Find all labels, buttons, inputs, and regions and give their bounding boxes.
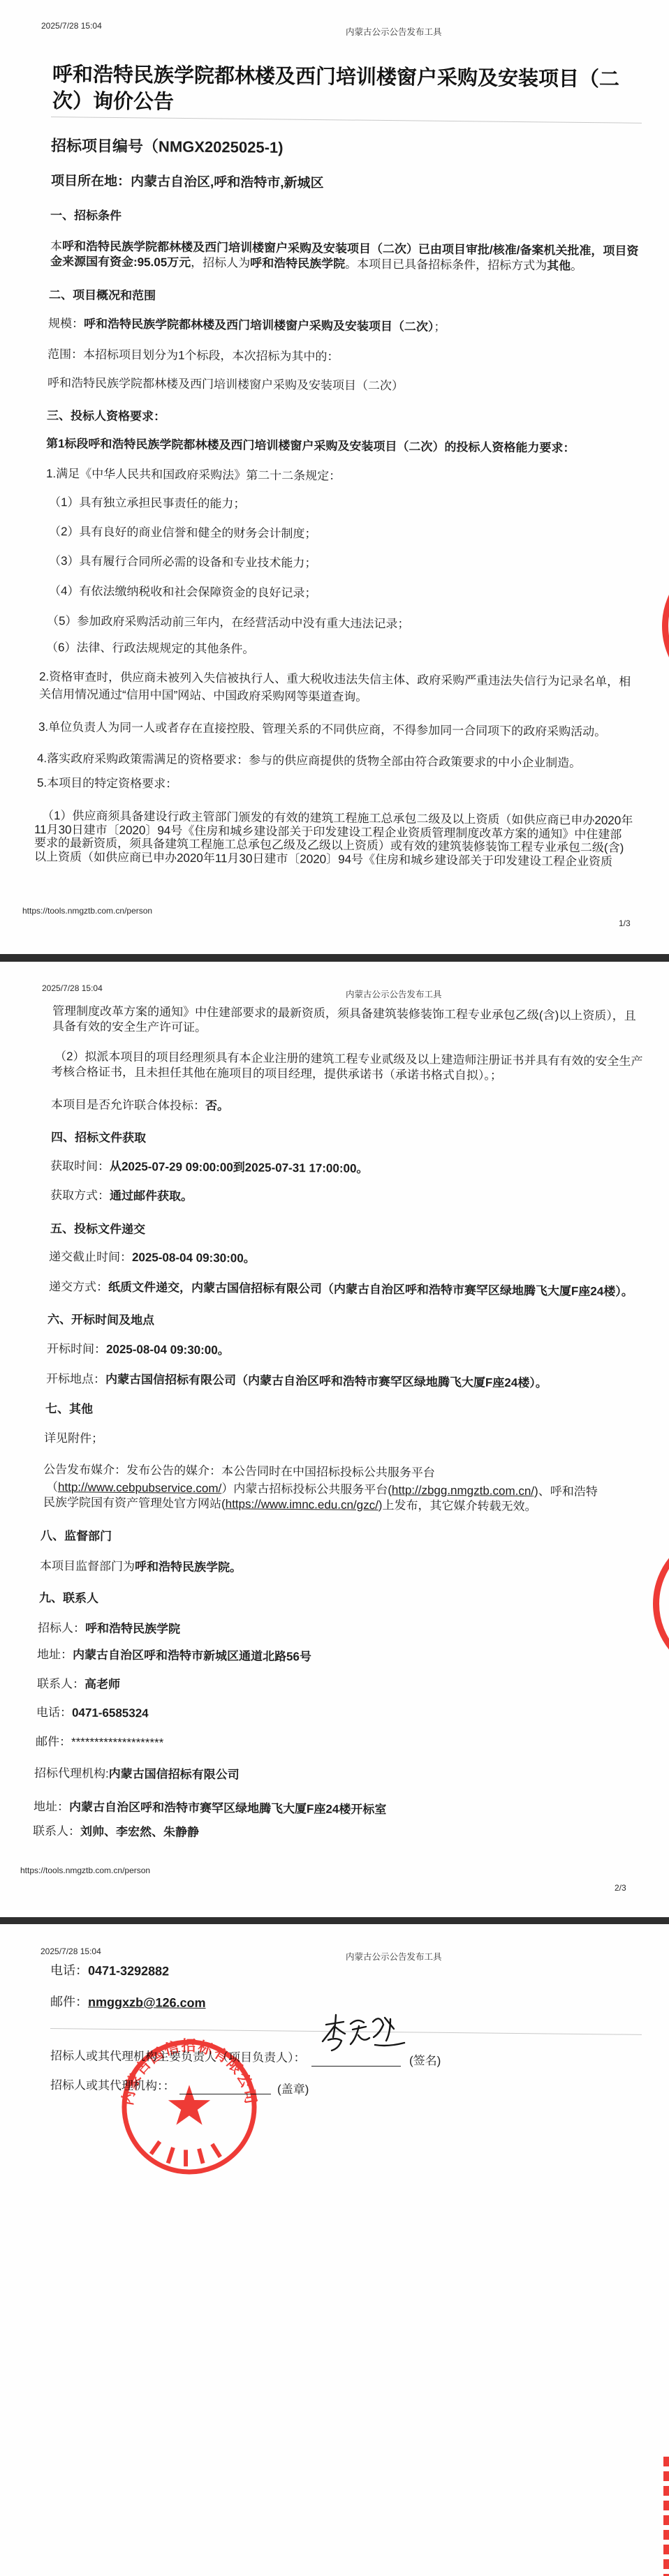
cebpubservice-link[interactable]: http://www.cebpubservice.com/	[58, 1480, 221, 1495]
label: 开标地点：	[46, 1372, 105, 1386]
label: 邮件：	[50, 1995, 88, 2009]
text: )、呼和浩特	[534, 1484, 598, 1498]
requirement-item: （3）具有履行合同所必需的设备和专业技术能力；	[49, 555, 317, 569]
document-viewer: 2025/7/28 15:04 内蒙古公示公告发布工具 呼和浩特民族学院都林楼及…	[0, 0, 669, 2576]
print-timestamp: 2025/7/28 15:04	[41, 22, 102, 30]
footer-url: https://tools.nmgztb.com.cn/person	[22, 907, 152, 915]
label: 邮件：	[36, 1735, 71, 1748]
section-heading-opening: 六、开标时间及地点	[47, 1313, 154, 1326]
project-number: 招标项目编号（NMGX2025025-1)	[51, 138, 284, 156]
requirement-item: （6）法律、行政法规规定的其他条件。	[46, 641, 255, 655]
requirement-2-line: 关信用情况通过“信用中国”网站、中国政府采购网等渠道查询。	[39, 688, 367, 703]
text: ）内蒙古招标投标公共服务平台(	[221, 1482, 392, 1496]
special-requirement-1-line: 具备有效的安全生产许可证。	[52, 1020, 207, 1034]
site-name: 内蒙古公示公告发布工具	[346, 1953, 442, 1962]
tenderer-contact: 联系人：高老师	[37, 1678, 120, 1690]
see-attachment: 详见附件；	[44, 1432, 103, 1445]
label: 递交方式：	[49, 1280, 108, 1294]
submission-deadline: 递交截止时间：2025-08-04 09:30:00。	[49, 1251, 256, 1265]
official-company-stamp: 内蒙古国信招标有限公司	[120, 2038, 258, 2176]
text: ，招标人为	[191, 256, 250, 270]
value: 否。	[205, 1099, 229, 1112]
value: 内蒙古自治区呼和浩特市赛罕区绿地腾飞大厦F座24楼开标室	[69, 1800, 386, 1816]
signature-hint: (签名)	[409, 2055, 441, 2067]
seam-stamp-fragment	[663, 2457, 669, 2576]
text: （	[46, 1480, 58, 1494]
agency-phone: 电话：0471-3292882	[50, 1965, 169, 1977]
supervision-department: 本项目监督部门为呼和浩特民族学院。	[40, 1560, 242, 1574]
agency-contacts: 联系人：刘帅、李宏然、朱静静	[33, 1825, 199, 1838]
value-masked: ********************	[71, 1735, 163, 1749]
section-heading-conditions: 一、招标条件	[50, 209, 122, 222]
page-number: 1/3	[619, 919, 631, 928]
text: ；	[434, 320, 446, 334]
imnc-gzc-link[interactable]: https://www.imnc.edu.cn/gzc/	[226, 1497, 378, 1512]
label: 获取时间：	[50, 1159, 110, 1173]
project-scope-item: 呼和浩特民族学院都林楼及西门培训楼窗户采购及安装项目（二次）	[47, 377, 404, 392]
title-line-1: 呼和浩特民族学院都林楼及西门培训楼窗户采购及安装项目（二	[52, 65, 619, 90]
agency-email-link[interactable]: nmggxzb@126.com	[88, 1995, 206, 2009]
section-heading-submission: 五、投标文件递交	[50, 1223, 145, 1235]
publication-media-line: 公告发布媒介：发布公告的媒介：本公告同时在中国招标投标公共服务平台	[43, 1464, 435, 1479]
opening-time: 开标时间：2025-08-04 09:30:00。	[47, 1343, 230, 1356]
page-separator	[0, 954, 669, 962]
page-separator	[0, 1917, 669, 1924]
section-heading-other: 七、其他	[45, 1403, 93, 1415]
label: 电话：	[36, 1706, 72, 1719]
label: 本项目是否允许联合体投标：	[51, 1098, 205, 1112]
value: 0471-3292882	[88, 1963, 169, 1978]
label: 本项目监督部门为	[40, 1559, 135, 1573]
consortium-allowed: 本项目是否允许联合体投标：否。	[51, 1099, 229, 1112]
value: 2025-08-04 09:30:00。	[132, 1251, 256, 1265]
site-name: 内蒙古公示公告发布工具	[346, 990, 442, 999]
requirement-item: （5）参加政府采购活动前三年内，在经营活动中没有重大违法记录；	[47, 615, 410, 630]
requirement-item: （2）具有良好的商业信誉和健全的财务会计制度；	[49, 526, 317, 539]
agency-name: 招标代理机构:内蒙古国信招标有限公司	[34, 1767, 240, 1781]
section-heading-obtain-documents: 四、招标文件获取	[51, 1131, 146, 1144]
value: 呼和浩特民族学院。	[135, 1560, 242, 1574]
handwritten-signature	[320, 2012, 407, 2053]
text: 。本项目已具备招标条件，招标方式为	[345, 258, 547, 273]
value: 呼和浩特民族学院	[85, 1622, 180, 1636]
label: 招标代理机构:	[34, 1766, 109, 1780]
agency-address: 地址：内蒙古自治区呼和浩特市赛罕区绿地腾飞大厦F座24楼开标室	[34, 1801, 386, 1815]
section-heading-overview: 二、项目概况和范围	[49, 289, 156, 301]
value: 从2025-07-29 09:00:00到2025-07-31 17:00:00…	[110, 1160, 369, 1175]
page-number: 2/3	[615, 1884, 626, 1892]
section-heading-supervision: 八、监督部门	[41, 1530, 112, 1542]
tenderer-address: 地址：内蒙古自治区呼和浩特市新城区通道北路56号	[37, 1648, 311, 1662]
tenderer-name: 招标人：呼和浩特民族学院	[38, 1622, 180, 1635]
value: 内蒙古国信招标有限公司	[109, 1767, 240, 1782]
value: 2025-08-04 09:30:00。	[106, 1343, 230, 1357]
label: 电话：	[50, 1963, 88, 1977]
label: 地址：	[37, 1648, 73, 1661]
label: 规模：	[48, 317, 84, 330]
project-scope: 范围：本招标项目划分为1个标段，本次招标为其中的：	[47, 348, 339, 363]
funding-amount: 金来源国有资金:95.05万元	[50, 255, 191, 269]
label: 联系人：	[37, 1677, 84, 1691]
value: 刘帅、李宏然、朱静静	[80, 1825, 199, 1839]
obtain-method: 获取方式：通过邮件获取。	[50, 1189, 193, 1203]
project-scale: 规模：呼和浩特民族学院都林楼及西门培训楼窗户采购及安装项目（二次）；	[48, 318, 446, 333]
label: 联系人：	[33, 1824, 80, 1838]
agency-email: 邮件：nmggxzb@126.com	[50, 1996, 206, 2009]
label: 地址：	[34, 1800, 69, 1813]
text: 本	[50, 239, 62, 253]
text: 。	[571, 260, 582, 273]
label: 获取方式：	[50, 1189, 110, 1203]
label: 开标时间：	[47, 1342, 106, 1356]
requirement-1: 1.满足《中华人民共和国政府采购法》第二十二条规定：	[46, 468, 341, 482]
tenderer-email: 邮件：********************	[36, 1736, 163, 1749]
nmgztb-link[interactable]: http://zbgg.nmgztb.com.cn/	[392, 1483, 534, 1498]
requirement-item: （4）有依法缴纳税收和社会保障资金的良好记录；	[49, 585, 317, 599]
print-timestamp: 2025/7/28 15:04	[42, 984, 103, 992]
section-heading-qualifications: 三、投标人资格要求：	[47, 410, 166, 422]
footer-url: https://tools.nmgztb.com.cn/person	[20, 1866, 150, 1875]
tenderer-name: 呼和浩特民族学院	[250, 256, 345, 270]
print-timestamp: 2025/7/28 15:04	[41, 1947, 101, 1956]
site-name: 内蒙古公示公告发布工具	[346, 28, 442, 37]
requirement-item: （1）具有独立承担民事责任的能力；	[49, 496, 246, 509]
label: 递交截止时间：	[49, 1250, 132, 1264]
signature-line	[311, 2066, 401, 2067]
project-location: 项目所在地：内蒙古自治区,呼和浩特市,新城区	[51, 174, 324, 190]
section-heading-contacts: 九、联系人	[39, 1592, 98, 1605]
requirement-5: 5.本项目的特定资格要求：	[37, 777, 177, 790]
label: 招标人：	[38, 1621, 85, 1635]
tenderer-phone: 电话：0471-6585324	[36, 1706, 149, 1719]
value: 0471-6585324	[72, 1706, 149, 1720]
value: 内蒙古自治区呼和浩特市新城区通道北路56号	[73, 1648, 311, 1663]
value: 通过邮件获取。	[110, 1189, 193, 1203]
seal-hint: (盖章)	[277, 2083, 309, 2095]
obtain-time: 获取时间：从2025-07-29 09:00:00到2025-07-31 17:…	[50, 1160, 369, 1175]
text: 民族学院国有资产管理处官方网站(	[43, 1496, 226, 1510]
tender-method: 其他	[547, 259, 571, 272]
text: )上发布，其它媒介转载无效。	[378, 1498, 537, 1513]
value: 高老师	[84, 1678, 120, 1691]
title-line-2: 次）询价公告	[52, 91, 174, 113]
